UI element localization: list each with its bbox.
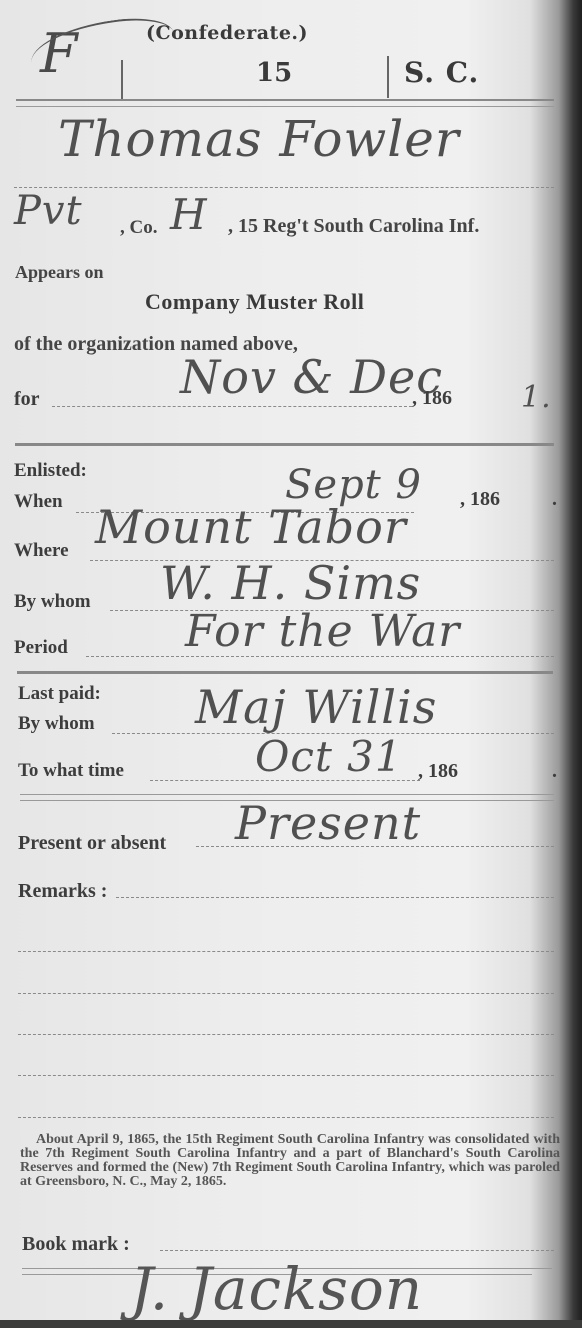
- last-paid-by-whom-label: By whom: [18, 713, 95, 735]
- remarks-line-1: [116, 897, 554, 898]
- scan-bottom-edge: [0, 1320, 582, 1328]
- remarks-line-2: [18, 951, 554, 952]
- present-absent-label: Present or absent: [18, 832, 166, 855]
- remarks-line-4: [18, 1034, 554, 1035]
- copyist-signature: J. Jackson: [130, 1255, 423, 1323]
- last-paid-heading: Last paid:: [18, 683, 101, 705]
- for-label: for: [14, 388, 40, 411]
- for-year-prefix: , 186: [412, 387, 452, 410]
- where-value: Mount Tabor: [95, 500, 407, 554]
- last-paid-by-whom-value: Maj Willis: [195, 680, 437, 734]
- when-year: , 186: [460, 488, 500, 511]
- soldier-rank: Pvt: [14, 188, 83, 234]
- header-divider-left: [121, 60, 123, 100]
- for-line: [52, 406, 412, 407]
- book-mark-line: [160, 1250, 554, 1251]
- when-dot: .: [552, 488, 557, 511]
- for-year-suffix: 1.: [521, 380, 552, 415]
- header-rule-top: [16, 99, 554, 101]
- name-line: [14, 187, 554, 188]
- to-what-time-value: Oct 31: [255, 732, 403, 781]
- section-rule-2: [17, 671, 553, 674]
- muster-roll-card: F (Confederate.) 15 S. C. Thomas Fowler …: [0, 0, 582, 1320]
- enlisted-by-whom-label: By whom: [14, 591, 91, 613]
- company-letter: H: [170, 190, 208, 239]
- remarks-line-3: [18, 993, 554, 994]
- where-label: Where: [14, 540, 69, 562]
- to-what-time-year: , 186: [418, 760, 458, 783]
- roll-type: Company Muster Roll: [145, 289, 364, 315]
- enlisted-by-whom-value: W. H. Sims: [160, 556, 421, 610]
- unit-text: , 15 Reg't South Carolina Inf.: [228, 215, 479, 238]
- confederate-label: (Confederate.): [146, 22, 308, 44]
- company-label: , Co.: [120, 217, 157, 239]
- to-what-time-dot: .: [552, 760, 557, 783]
- enlisted-heading: Enlisted:: [14, 460, 87, 482]
- remarks-line-6: [18, 1117, 554, 1118]
- book-mark-label: Book mark :: [22, 1233, 130, 1256]
- period-value: For the War: [185, 606, 460, 657]
- when-label: When: [14, 491, 63, 513]
- footnote-text: About April 9, 1865, the 15th Regiment S…: [20, 1133, 560, 1189]
- header-divider-right: [387, 56, 389, 98]
- to-what-time-label: To what time: [18, 760, 124, 782]
- section-rule-1: [15, 443, 554, 446]
- soldier-name: Thomas Fowler: [58, 110, 460, 168]
- header-rule-bottom: [16, 106, 554, 107]
- period-label: Period: [14, 637, 68, 659]
- for-value: Nov & Dec: [180, 350, 443, 404]
- section-rule-3a: [20, 794, 554, 795]
- appears-on-label: Appears on: [15, 262, 104, 283]
- remarks-label: Remarks :: [18, 880, 107, 903]
- present-absent-value: Present: [235, 796, 421, 850]
- remarks-line-5: [18, 1075, 554, 1076]
- state-label: S. C.: [404, 56, 479, 89]
- regiment-number: 15: [256, 58, 292, 88]
